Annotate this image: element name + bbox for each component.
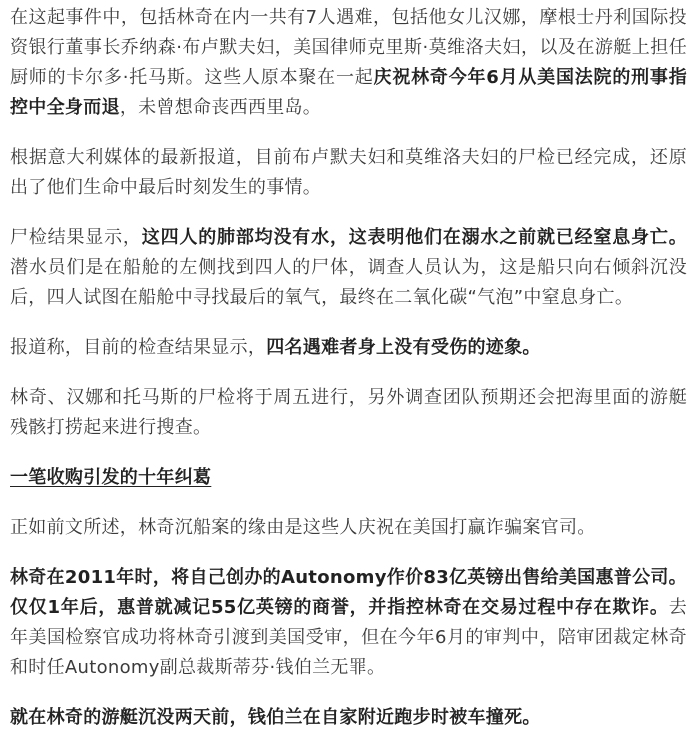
paragraph-autopsy-result: 尸检结果显示，这四人的肺部均没有水，这表明他们在溺水之前就已经窒息身亡。潜水员们…: [10, 223, 687, 313]
paragraph-autopsy-report: 根据意大利媒体的最新报道，目前布卢默夫妇和莫维洛夫妇的尸检已经完成，还原出了他们…: [10, 143, 687, 203]
paragraph-autonomy-deal: 林奇在2011年时，将自己创办的Autonomy作价83亿英镑出售给美国惠普公司…: [10, 563, 687, 683]
paragraph-autopsy-result-run-3: 潜水员们是在船舱的左侧找到四人的尸体，调查人员认为，这是船只向右倾斜沉没后，四人…: [10, 257, 687, 308]
paragraph-chamberlain-death-run-1-bold: 就在林奇的游艇沉没两天前，钱伯兰在自家附近跑步时被车撞死。: [10, 707, 541, 728]
paragraph-no-injuries: 报道称，目前的检查结果显示，四名遇难者身上没有受伤的迹象。: [10, 333, 687, 363]
article-body: 在这起事件中，包括林奇在内一共有7人遇难，包括他女儿汉娜，摩根士丹利国际投资银行…: [0, 0, 697, 754]
paragraph-lawsuit-origin-run-1: 正如前文所述，林奇沉船案的缘由是这些人庆祝在美国打赢诈骗案官司。: [10, 517, 596, 538]
paragraph-victims-run-3: ，未曾想命丧西西里岛。: [120, 97, 321, 118]
paragraph-no-injuries-run-2-bold: 四名遇难者身上没有受伤的迹象。: [266, 337, 541, 358]
paragraph-no-injuries-run-1: 报道称，目前的检查结果显示，: [10, 337, 266, 358]
paragraph-autopsy-result-run-2-bold: 这四人的肺部均没有水，这表明他们在溺水之前就已经窒息身亡。: [142, 227, 687, 248]
paragraph-chamberlain-death: 就在林奇的游艇沉没两天前，钱伯兰在自家附近跑步时被车撞死。: [10, 703, 687, 733]
paragraph-autopsy-report-run-1: 根据意大利媒体的最新报道，目前布卢默夫妇和莫维洛夫妇的尸检已经完成，还原出了他们…: [10, 147, 687, 198]
paragraph-autonomy-deal-run-1-bold: 林奇在2011年时，将自己创办的Autonomy作价83亿英镑出售给美国惠普公司…: [10, 567, 687, 618]
paragraph-lawsuit-origin: 正如前文所述，林奇沉船案的缘由是这些人庆祝在美国打赢诈骗案官司。: [10, 513, 687, 543]
paragraph-autopsy-result-run-1: 尸检结果显示，: [10, 227, 142, 248]
paragraph-friday-autopsy-run-1: 林奇、汉娜和托马斯的尸检将于周五进行，另外调查团队预期还会把海里面的游艇残骸打捞…: [10, 387, 687, 438]
section-heading: 一笔收购引发的十年纠葛: [10, 463, 687, 493]
paragraph-friday-autopsy: 林奇、汉娜和托马斯的尸检将于周五进行，另外调查团队预期还会把海里面的游艇残骸打捞…: [10, 383, 687, 443]
paragraph-victims: 在这起事件中，包括林奇在内一共有7人遇难，包括他女儿汉娜，摩根士丹利国际投资银行…: [10, 3, 687, 123]
